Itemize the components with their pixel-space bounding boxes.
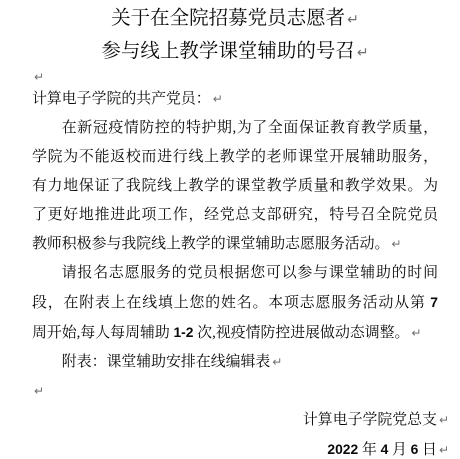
numeral: 4 (381, 441, 389, 457)
numeral: 1-2 (173, 324, 193, 340)
numeral: 6 (411, 441, 419, 457)
text-line: 计算电子学院党总支↵ (32, 406, 438, 435)
empty-paragraph: ↵ (32, 377, 438, 406)
paragraph-mark-icon: ↵ (34, 70, 44, 84)
text-line: 计算电子学院的共产党员：↵ (32, 85, 438, 114)
numeral: 2022 (327, 441, 358, 457)
paragraph-mark-icon: ↵ (391, 237, 401, 251)
text-line: 学院为不能返校而进行线上教学的老师课堂开展辅助服务， (32, 143, 438, 172)
paragraph-mark-icon: ↵ (411, 326, 421, 340)
document-page: 关于在全院招募党员志愿者↵参与线上教学课堂辅助的号召↵↵计算电子学院的共产党员：… (0, 0, 460, 459)
empty-paragraph: ↵ (32, 69, 438, 85)
text-line: 教师积极参与我院线上教学的课堂辅助志愿服务活动。↵ (32, 230, 438, 259)
text-line: 周开始,每人每周辅助 1-2 次,视疫情防控进展做动态调整。↵ (32, 318, 438, 348)
text-line: 段，在附表上在线填上您的姓名。本项志愿服务活动从第 7 (32, 288, 438, 318)
numeral: 7 (430, 294, 438, 310)
paragraph-mark-icon: ↵ (34, 384, 44, 398)
text-line: 了更好地推进此项工作，经党总支部研究，特号召全院党员 (32, 201, 438, 230)
text-line: 请报名志愿服务的党员根据您可以参与课堂辅助的时间 (32, 259, 438, 288)
paragraph-mark-icon: ↵ (272, 355, 282, 369)
document-title-line: 参与线上教学课堂辅助的号召↵ (32, 36, 438, 69)
document-title-line: 关于在全院招募党员志愿者↵ (32, 3, 438, 36)
paragraph-mark-icon: ↵ (213, 92, 223, 106)
paragraph-mark-icon: ↵ (347, 12, 359, 28)
paragraph-mark-icon: ↵ (439, 413, 449, 427)
paragraph-mark-icon: ↵ (439, 443, 449, 457)
text-line: 2022 年 4 月 6 日↵ (32, 435, 438, 459)
text-line: 有力地保证了我院线上教学的课堂教学质量和教学效果。为 (32, 172, 438, 201)
text-line: 附表：课堂辅助安排在线编辑表↵ (32, 348, 438, 377)
text-line: 在新冠疫情防控的特护期,为了全面保证教育教学质量， (32, 114, 438, 143)
paragraph-mark-icon: ↵ (357, 45, 369, 61)
